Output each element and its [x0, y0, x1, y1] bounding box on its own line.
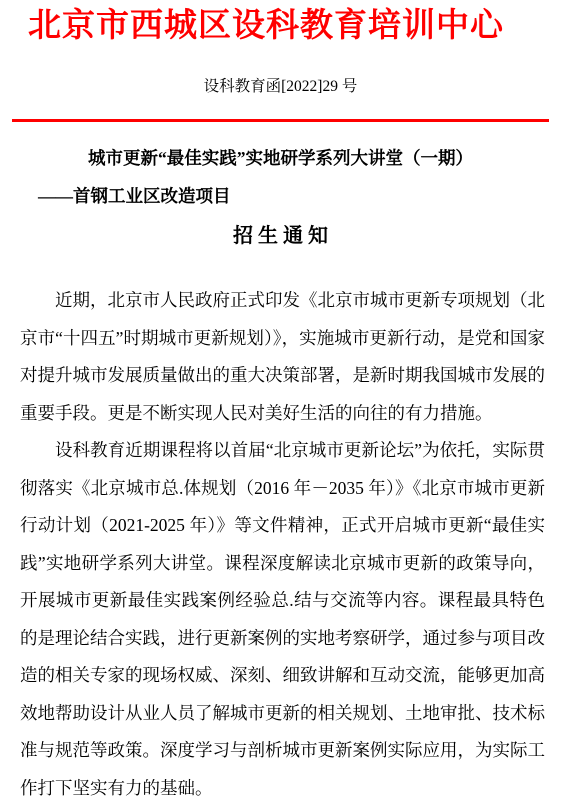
- org-title: 北京市西城区设科教育培训中心: [28, 6, 541, 46]
- document-title-line1: 城市更新“最佳实践”实地研学系列大讲堂（一期）: [0, 147, 561, 169]
- notice-title: 招 生 通 知: [0, 223, 561, 249]
- red-divider-line: [12, 119, 549, 122]
- document-body: 近期，北京市人民政府正式印发《北京市城市更新专项规划（北京市“十四五”时期城市更…: [20, 282, 545, 807]
- doc-number: 设科教育函[2022]29 号: [0, 77, 561, 97]
- body-paragraph-1: 近期，北京市人民政府正式印发《北京市城市更新专项规划（北京市“十四五”时期城市更…: [20, 282, 545, 432]
- document-title-line2: ——首钢工业区改造项目: [38, 185, 561, 207]
- official-document-page: 北京市西城区设科教育培训中心 设科教育函[2022]29 号 城市更新“最佳实践…: [0, 0, 561, 808]
- body-paragraph-2: 设科教育近期课程将以首届“北京城市更新论坛”为依托，实际贯彻落实《北京城市总.体…: [20, 432, 545, 807]
